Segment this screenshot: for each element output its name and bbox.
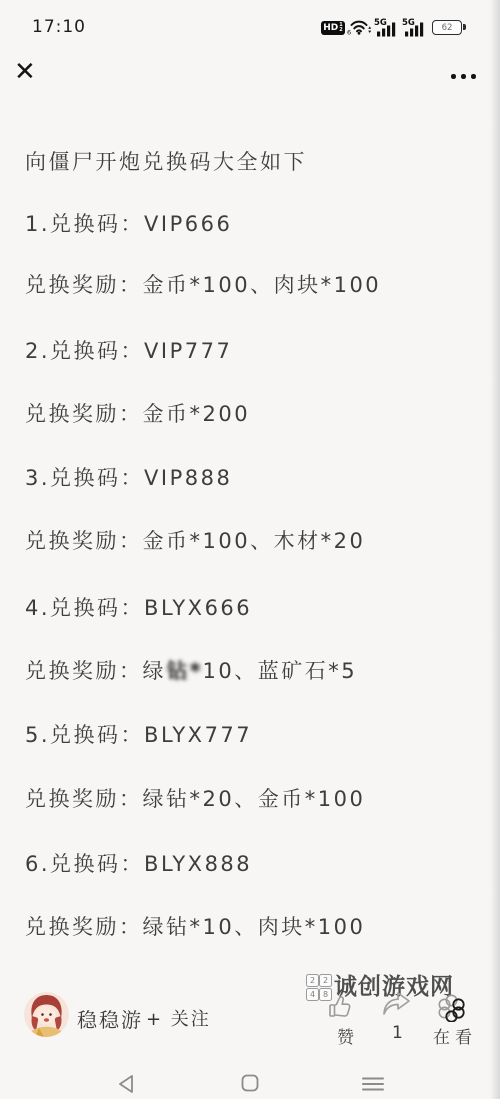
author-name[interactable]: 稳稳游 [77,1004,143,1033]
follow-button[interactable]: + 关注 [146,1005,211,1031]
content-line: 兑换奖励：绿钻*20、金币*100 [25,786,365,812]
content-line: 兑换奖励：金币*100、肉块*100 [25,272,381,298]
screen-edge-shade [490,0,500,1099]
wifi-icon: 6 [347,18,372,35]
back-button[interactable] [116,1073,138,1099]
content-line: 兑换奖励：金币*100、木材*20 [25,528,365,554]
reward-text-after: 10、蓝矿石*5 [203,659,358,683]
signal-icon-sim1: 5G [374,17,397,37]
back-triangle-icon [116,1073,138,1095]
wow-label: 在看 [433,1023,477,1048]
content-line: 5.兑换码：BLYX777 [25,722,252,748]
svg-text:5G: 5G [402,18,415,28]
wow-flower-icon [436,994,467,1022]
blurred-text: 钻* [166,659,203,683]
content-line: 3.兑换码：VIP888 [25,465,232,491]
share-arrow-icon [381,991,411,1018]
home-square-icon [240,1073,260,1093]
signal-icon-sim2: 5G [402,17,425,37]
menu-lines-icon [361,1076,385,1092]
battery-level: 62 [442,23,453,33]
phone-screen: 17:10 HD 1 2 6 5G 5G 62 ✕ [0,0,500,1099]
thumbs-up-icon [328,994,354,1019]
content-line: 1.兑换码：VIP666 [25,211,232,237]
reward-text-before: 兑换奖励：绿 [25,659,166,683]
like-button[interactable] [328,994,354,1023]
share-count: 1 [392,1023,403,1043]
content-line: 兑换奖励：金币*200 [25,401,250,427]
wow-button[interactable] [436,994,467,1026]
hd-volte-icon: HD 1 2 [321,21,345,35]
status-time: 17:10 [32,17,86,37]
content-line: 兑换奖励：绿钻*10、肉块*100 [25,914,365,940]
svg-text:5G: 5G [374,18,387,28]
avatar-image [24,992,69,1037]
svg-text:6: 6 [347,29,351,36]
author-avatar[interactable] [24,992,69,1037]
content-line: 2.兑换码：VIP777 [25,338,232,364]
content-line: 4.兑换码：BLYX666 [25,595,252,621]
like-label: 赞 [337,1023,354,1048]
content-line: 6.兑换码：BLYX888 [25,851,252,877]
more-icon [451,74,456,79]
content-line: 兑换奖励：绿钻*10、蓝矿石*5 [25,658,357,684]
share-button[interactable] [381,991,411,1022]
recents-button[interactable] [361,1076,385,1096]
more-button[interactable] [451,74,476,79]
close-icon: ✕ [14,57,36,87]
close-button[interactable]: ✕ [14,59,36,85]
home-button[interactable] [240,1073,260,1097]
battery-icon: 62 [432,20,462,35]
article-title: 向僵尸开炮兑换码大全如下 [25,149,307,175]
